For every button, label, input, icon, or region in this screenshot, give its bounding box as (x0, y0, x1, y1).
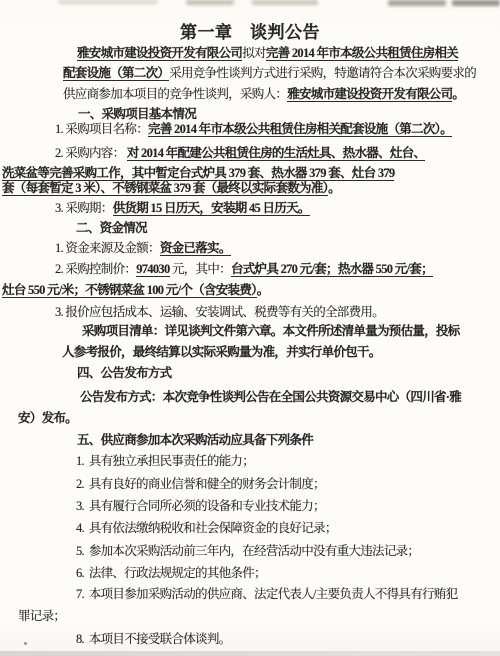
text-segment: 。 (452, 87, 464, 101)
scan-artifact-smudge (252, 0, 318, 5)
list-note-line-2: 人参考报价，最终结算以实际采购量为准，并实行单价包干。 (62, 343, 381, 361)
condition-1: 1. 具有独立承担民事责任的能力； (76, 452, 254, 470)
text-segment: 人参考报价，最终结算以实际采购量为准，并实行单价包干。 (62, 345, 381, 359)
sec2-item-1: 1. 资金来源及金额：资金已落实。 (55, 239, 231, 257)
sec1-item-2-line-1: 2. 采购内容： 对 2014 年配建公共租赁住房的生活灶具、热水器、灶台、 (55, 144, 425, 162)
text-segment: 4. 具有依法缴纳税收和社会保障资金的良好记录； (76, 521, 337, 535)
text-segment: 1. 具有独立承担民事责任的能力； (76, 454, 254, 468)
text-segment: 。 (328, 181, 340, 195)
sec2-item-3: 3. 报价应包括成本、运输、安装调试、税费等有关的全部费用。 (55, 303, 384, 321)
sec1-item-1: 1. 采购项目名称：完善 2014 年市本级公共租赁住房相关配套设施（第二次）。 (55, 120, 452, 138)
filled-in-value: 完善 2014 年市本级公共租赁住房相关配套设施（第二次）。 (148, 122, 452, 137)
text-segment: 供应商参加本项目的竞争性谈判，采购人： (63, 87, 287, 101)
text-segment: 。 (257, 283, 269, 297)
text-segment: 拟对 (242, 46, 266, 60)
filled-in-value: 雅安城市建设投资开发有限公司 (77, 46, 242, 61)
condition-7-line-1: 7. 本项目参加采购活动的供应商、法定代表人/主要负责人不得具有行贿犯 (76, 585, 457, 603)
text-segment: 2. 具有良好的商业信誉和健全的财务会计制度； (76, 477, 325, 491)
text-segment: 公告发布方式：本次竞争性谈判公告在全国公共资源交易中心（四川省·雅 (80, 390, 461, 404)
document-title: 第一章 谈判公告 (0, 18, 500, 43)
scanned-document-page: 第一章 谈判公告 雅安城市建设投资开发有限公司拟对完善 2014 年市本级公共租… (0, 0, 500, 656)
text-segment: 安）发布。 (18, 411, 77, 425)
intro-line-2: 配套设施（第二次）采用竞争性谈判方式进行采购，特邀请符合本次采购要求的 (63, 64, 476, 82)
text-segment: 2. 采购内容： (55, 146, 127, 160)
intro-line-3: 供应商参加本项目的竞争性谈判，采购人：雅安城市建设投资开发有限公司。 (63, 85, 464, 103)
filled-in-value: 完善 2014 年市本级公共租赁住房相关 (266, 46, 458, 61)
text-segment: 5. 参加本次采购活动前三年内，在经营活动中没有重大违法记录； (76, 544, 419, 558)
text-segment: 1. 采购项目名称： (55, 122, 148, 136)
filled-in-value: 套（每套暂定 3 米）、不锈钢菜盆 379 套（最终以实际套数为准） (2, 181, 328, 196)
text-segment: 3. 采购期： (55, 201, 113, 215)
scan-artifact-smudge (58, 0, 158, 4)
condition-3: 3. 具有履行合同所必须的设备和专业技术能力； (76, 497, 325, 515)
filled-in-value: 配套设施（第二次） (63, 66, 169, 81)
text-segment: 罪记录； (18, 609, 65, 623)
filled-in-value: 974030 (136, 262, 169, 277)
text-segment: 3. 报价应包括成本、运输、安装调试、税费等有关的全部费用。 (55, 305, 384, 319)
intro-line-1: 雅安城市建设投资开发有限公司拟对完善 2014 年市本级公共租赁住房相关 (77, 44, 458, 62)
scan-artifact-smudge (388, 0, 446, 6)
condition-2: 2. 具有良好的商业信誉和健全的财务会计制度； (76, 475, 325, 493)
text-segment: 采购项目清单：详见谈判文件第六章。本文件所述清单量为预估量，投标 (82, 324, 460, 338)
list-note-line-1: 采购项目清单：详见谈判文件第六章。本文件所述清单量为预估量，投标 (82, 322, 460, 340)
text-segment: 五、供应商参加本次采购活动应具备下列条件 (77, 433, 313, 447)
text-segment: 7. 本项目参加采购活动的供应商、法定代表人/主要负责人不得具有行贿犯 (76, 587, 457, 601)
condition-4: 4. 具有依法缴纳税收和社会保障资金的良好记录； (76, 519, 337, 537)
text-segment: 8. 本项目不接受联合体谈判。 (76, 632, 230, 646)
text-segment: 一、采购项目基本情况 (78, 107, 196, 121)
condition-8: 8. 本项目不接受联合体谈判。 (76, 630, 230, 648)
sec1-item-3: 3. 采购期：供货期 15 日历天，安装期 45 日历天。 (55, 199, 310, 217)
heading-4: 四、公告发布方式 (77, 364, 171, 382)
scan-artifact-speck (24, 642, 27, 645)
heading-5: 五、供应商参加本次采购活动应具备下列条件 (77, 431, 313, 449)
filled-in-value: 灶台 550 元/米；不锈钢菜盆 100 元/个（含安装费） (2, 283, 257, 298)
sec1-item-2-line-3: 套（每套暂定 3 米）、不锈钢菜盆 379 套（最终以实际套数为准）。 (2, 179, 340, 197)
text-segment: 1. 资金来源及金额： (55, 241, 160, 255)
condition-6: 6. 法律、行政法规规定的其他条件； (76, 564, 266, 582)
text-segment: 2. 采购控制价： (55, 262, 136, 276)
filled-in-value: 对 2014 年配建公共租赁住房的生活灶具、热水器、灶台、 (127, 146, 425, 161)
filled-in-value: 雅安城市建设投资开发有限公司 (287, 87, 452, 102)
scan-artifact-bottom-band (0, 651, 500, 656)
condition-7-line-2: 罪记录； (18, 607, 65, 625)
sec2-item-2-line-1: 2. 采购控制价：974030 元，其中：台式炉具 270 元/套；热水器 55… (55, 260, 433, 278)
heading-2: 二、资金情况 (76, 219, 147, 237)
text-segment: 3. 具有履行合同所必须的设备和专业技术能力； (76, 499, 325, 513)
scan-artifact-smudge (186, 0, 234, 5)
filled-in-value: 供货期 15 日历天，安装期 45 日历天。 (113, 201, 310, 216)
text-segment: 元，其中： (170, 262, 231, 276)
filled-in-value: 资金已落实。 (160, 241, 231, 256)
filled-in-value: 台式炉具 270 元/套；热水器 550 元/套； (231, 262, 433, 277)
text-segment: 二、资金情况 (76, 221, 147, 235)
scan-artifact-smudge (452, 0, 500, 6)
sec2-item-2-line-2: 灶台 550 元/米；不锈钢菜盆 100 元/个（含安装费）。 (2, 281, 269, 299)
publish-line-1: 公告发布方式：本次竞争性谈判公告在全国公共资源交易中心（四川省·雅 (80, 388, 461, 406)
text-segment: 四、公告发布方式 (77, 366, 171, 380)
text-segment: 采用竞争性谈判方式进行采购，特邀请符合本次采购要求的 (169, 66, 476, 80)
publish-line-2: 安）发布。 (18, 409, 77, 427)
text-segment: 6. 法律、行政法规规定的其他条件； (76, 566, 266, 580)
condition-5: 5. 参加本次采购活动前三年内，在经营活动中没有重大违法记录； (76, 542, 419, 560)
